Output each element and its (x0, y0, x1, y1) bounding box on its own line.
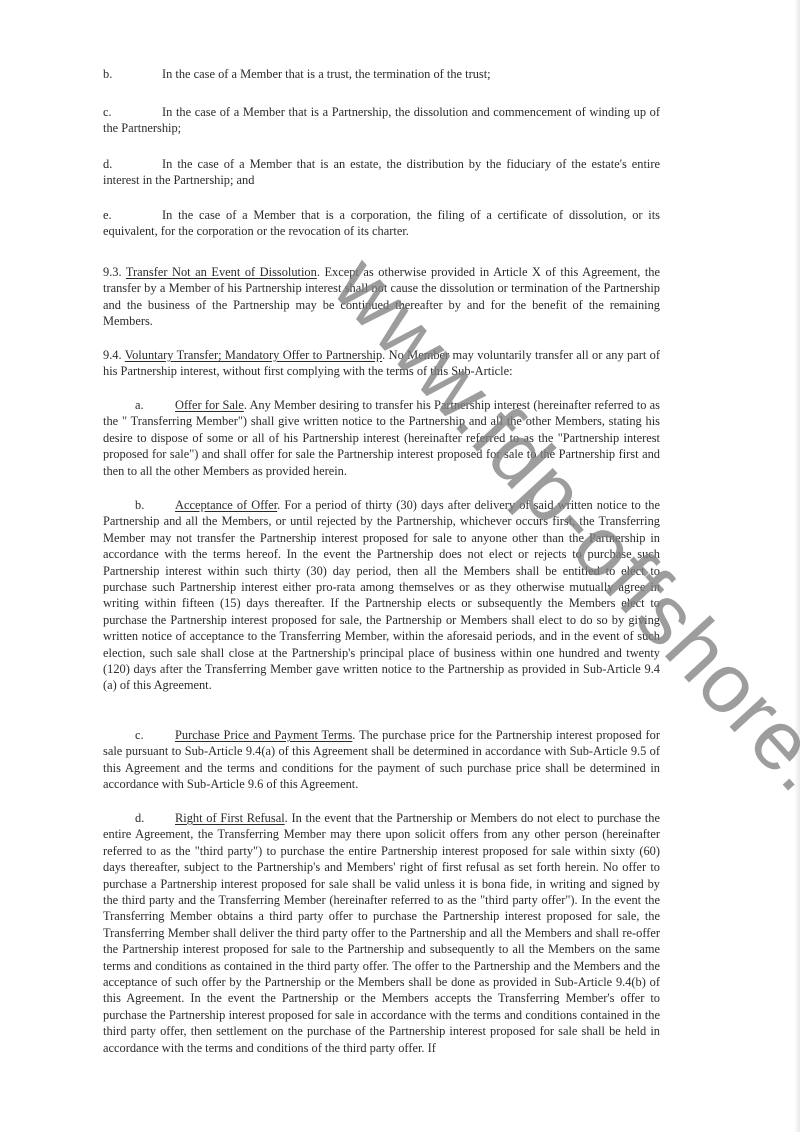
list-item-e: e.In the case of a Member that is a corp… (103, 207, 660, 240)
subsection-heading: Right of First Refusal (175, 811, 285, 825)
list-text: In the case of a Member that is a corpor… (103, 208, 660, 238)
list-text: In the case of a Member that is a Partne… (103, 105, 660, 135)
list-item-c: c.In the case of a Member that is a Part… (103, 104, 660, 137)
section-heading: Voluntary Transfer; Mandatory Offer to P… (125, 348, 382, 362)
subsection-a: a.Offer for Sale. Any Member desiring to… (103, 397, 660, 479)
list-label: d. (103, 156, 162, 172)
subsection-text: . For a period of thirty (30) days after… (103, 498, 660, 692)
subsection-text: . In the event that the Partnership or M… (103, 811, 660, 1055)
list-item-d: d.In the case of a Member that is an est… (103, 156, 660, 189)
section-9-3: 9.3. Transfer Not an Event of Dissolutio… (103, 264, 660, 330)
section-number: 9.3. (103, 265, 122, 279)
section-9-4: 9.4. Voluntary Transfer; Mandatory Offer… (103, 347, 660, 380)
subsection-heading: Purchase Price and Payment Terms (175, 728, 352, 742)
subsection-label: a. (103, 397, 175, 413)
page-edge (794, 0, 800, 1132)
list-label: e. (103, 207, 162, 223)
list-text: In the case of a Member that is a trust,… (162, 67, 491, 81)
list-text: In the case of a Member that is an estat… (103, 157, 660, 187)
subsection-d: d.Right of First Refusal. In the event t… (103, 810, 660, 1056)
subsection-heading: Acceptance of Offer (175, 498, 277, 512)
subsection-label: b. (103, 497, 175, 513)
list-label: b. (103, 66, 162, 82)
section-number: 9.4. (103, 348, 122, 362)
list-label: c. (103, 104, 162, 120)
section-heading: Transfer Not an Event of Dissolution (126, 265, 317, 279)
subsection-label: d. (103, 810, 175, 826)
subsection-c: c.Purchase Price and Payment Terms. The … (103, 727, 660, 793)
list-item-b: b.In the case of a Member that is a trus… (103, 66, 660, 82)
subsection-b: b.Acceptance of Offer. For a period of t… (103, 497, 660, 694)
subsection-label: c. (103, 727, 175, 743)
subsection-heading: Offer for Sale (175, 398, 244, 412)
